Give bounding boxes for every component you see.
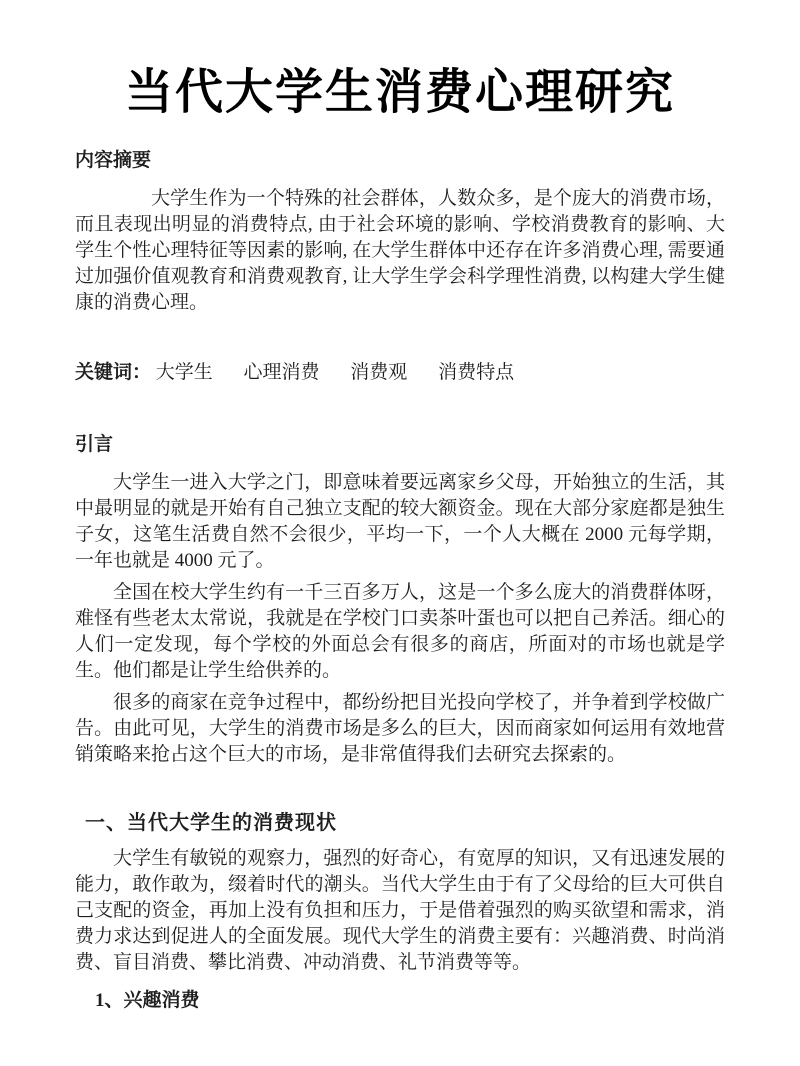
introduction-paragraph: 全国在校大学生约有一千三百多万人，这是一个多么庞大的消费群体呀，难怪有些老太太常… — [75, 580, 725, 684]
abstract-paragraph: 大学生作为一个特殊的社会群体，人数众多，是个庞大的消费市场，而且表现出明显的消费… — [75, 186, 725, 316]
keywords-line: 关键词： 大学生 心理消费 消费观 消费特点 — [75, 360, 725, 386]
keyword-item: 消费观 — [350, 362, 407, 383]
introduction-heading: 引言 — [75, 432, 725, 458]
document-title: 当代大学生消费心理研究 — [75, 66, 725, 120]
keyword-item: 消费特点 — [438, 362, 514, 383]
keywords-label: 关键词： — [75, 362, 151, 383]
introduction-paragraph: 很多的商家在竞争过程中，都纷纷把目光投向学校了，并争着到学校做广告。由此可见，大… — [75, 690, 725, 768]
abstract-heading: 内容摘要 — [75, 148, 725, 174]
section1-paragraph: 大学生有敏锐的观察力，强烈的好奇心，有宽厚的知识，又有迅速发展的能力，敢作敢为，… — [75, 846, 725, 976]
subsection1-heading: 1、兴趣消费 — [95, 988, 725, 1014]
section1-heading: 一、当代大学生的消费现状 — [85, 810, 725, 836]
introduction-paragraph: 大学生一进入大学之门，即意味着要远离家乡父母，开始独立的生活，其中最明显的就是开… — [75, 470, 725, 574]
keyword-item: 心理消费 — [244, 362, 320, 383]
document-page: 当代大学生消费心理研究 内容摘要 大学生作为一个特殊的社会群体，人数众多，是个庞… — [0, 0, 800, 1066]
keyword-item: 大学生 — [156, 362, 213, 383]
